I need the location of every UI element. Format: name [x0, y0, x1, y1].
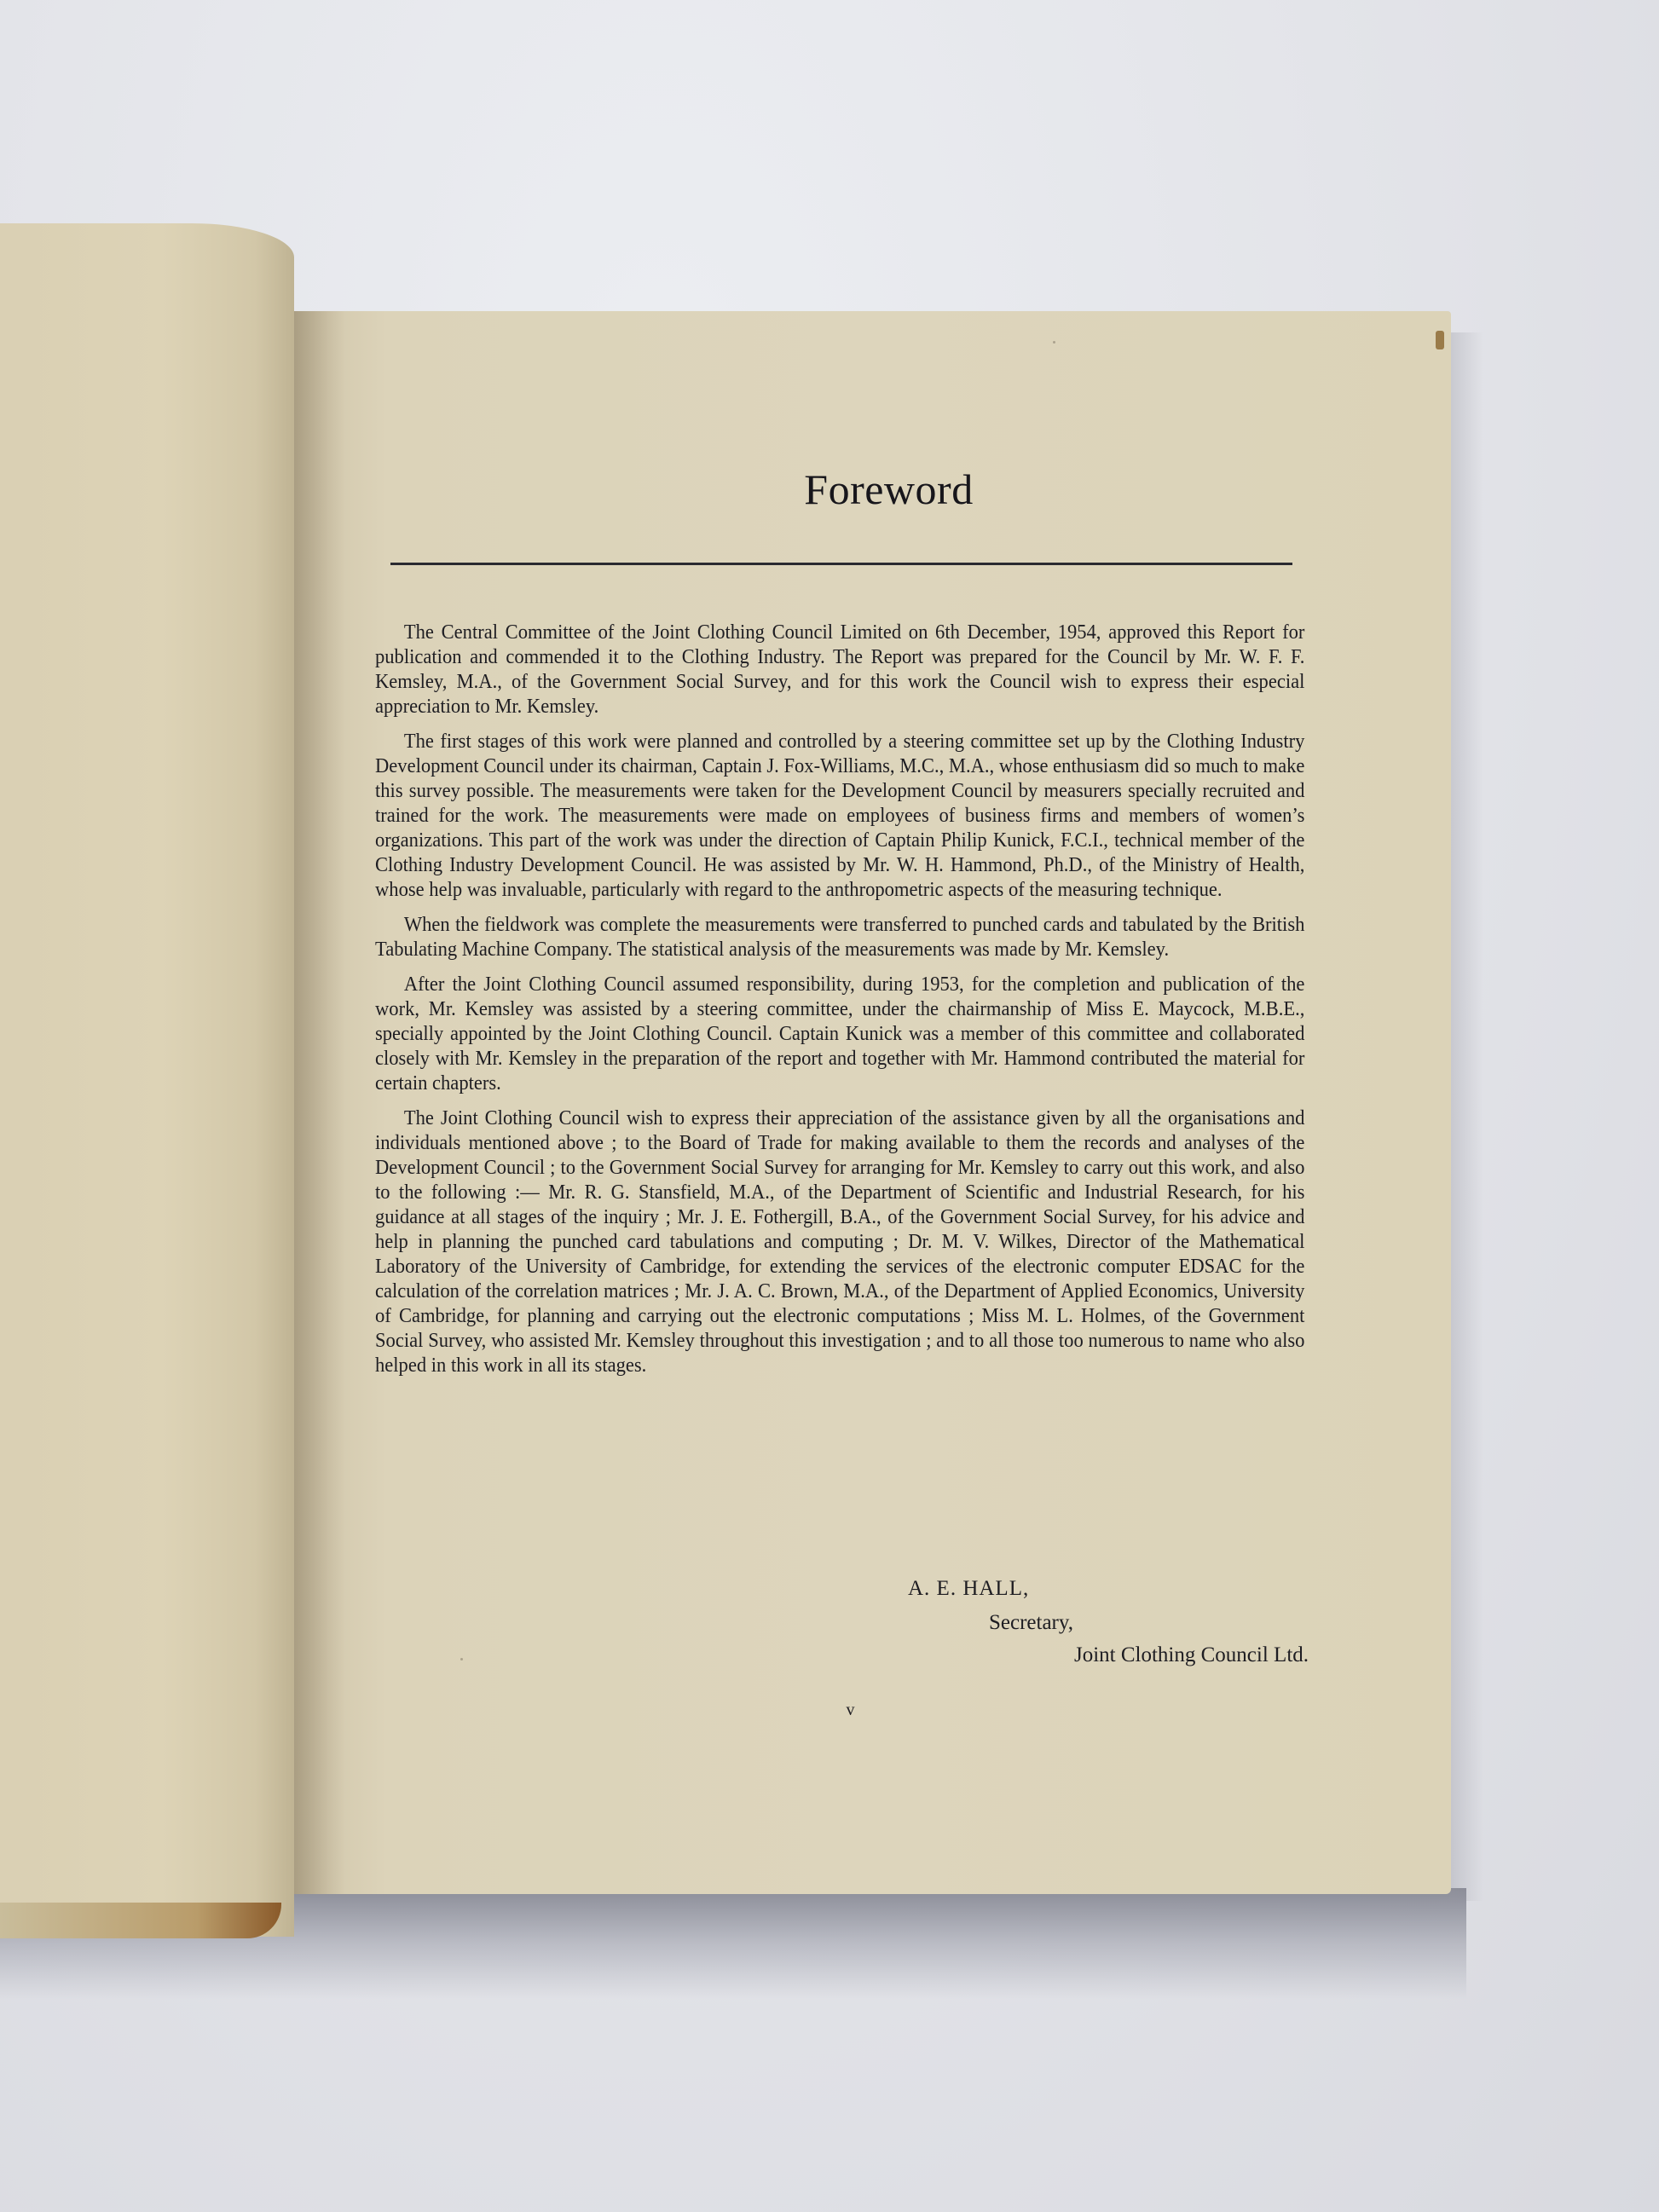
gutter-shadow — [294, 311, 345, 1894]
paper-speck — [1053, 341, 1055, 344]
paragraph: After the Joint Clothing Council assumed… — [375, 973, 1304, 1096]
signatory-name: A. E. HALL, — [908, 1573, 1029, 1605]
paragraph: The Joint Clothing Council wish to expre… — [375, 1106, 1304, 1378]
paragraph: When the fieldwork was complete the meas… — [375, 913, 1304, 962]
page-content: Foreword The Central Committee of the Jo… — [375, 311, 1402, 1894]
book-binding — [0, 1903, 281, 1938]
page-tab-mark — [1436, 331, 1444, 349]
page-edge-shadow — [1449, 332, 1483, 1901]
signatory-title: Secretary, — [989, 1607, 1073, 1639]
foreword-body: The Central Committee of the Joint Cloth… — [375, 621, 1304, 1389]
paper-speck — [460, 1658, 463, 1660]
title-divider — [390, 563, 1292, 565]
page-title: Foreword — [375, 465, 1402, 514]
page-number: v — [375, 1701, 1402, 1720]
right-page: Foreword The Central Committee of the Jo… — [294, 311, 1451, 1894]
left-page: e d . . — [0, 223, 294, 1937]
paragraph: The Central Committee of the Joint Cloth… — [375, 621, 1304, 719]
paragraph: The first stages of this work were plann… — [375, 730, 1304, 903]
paper-speck — [1300, 1215, 1303, 1217]
signatory-organization: Joint Clothing Council Ltd. — [1074, 1639, 1309, 1672]
